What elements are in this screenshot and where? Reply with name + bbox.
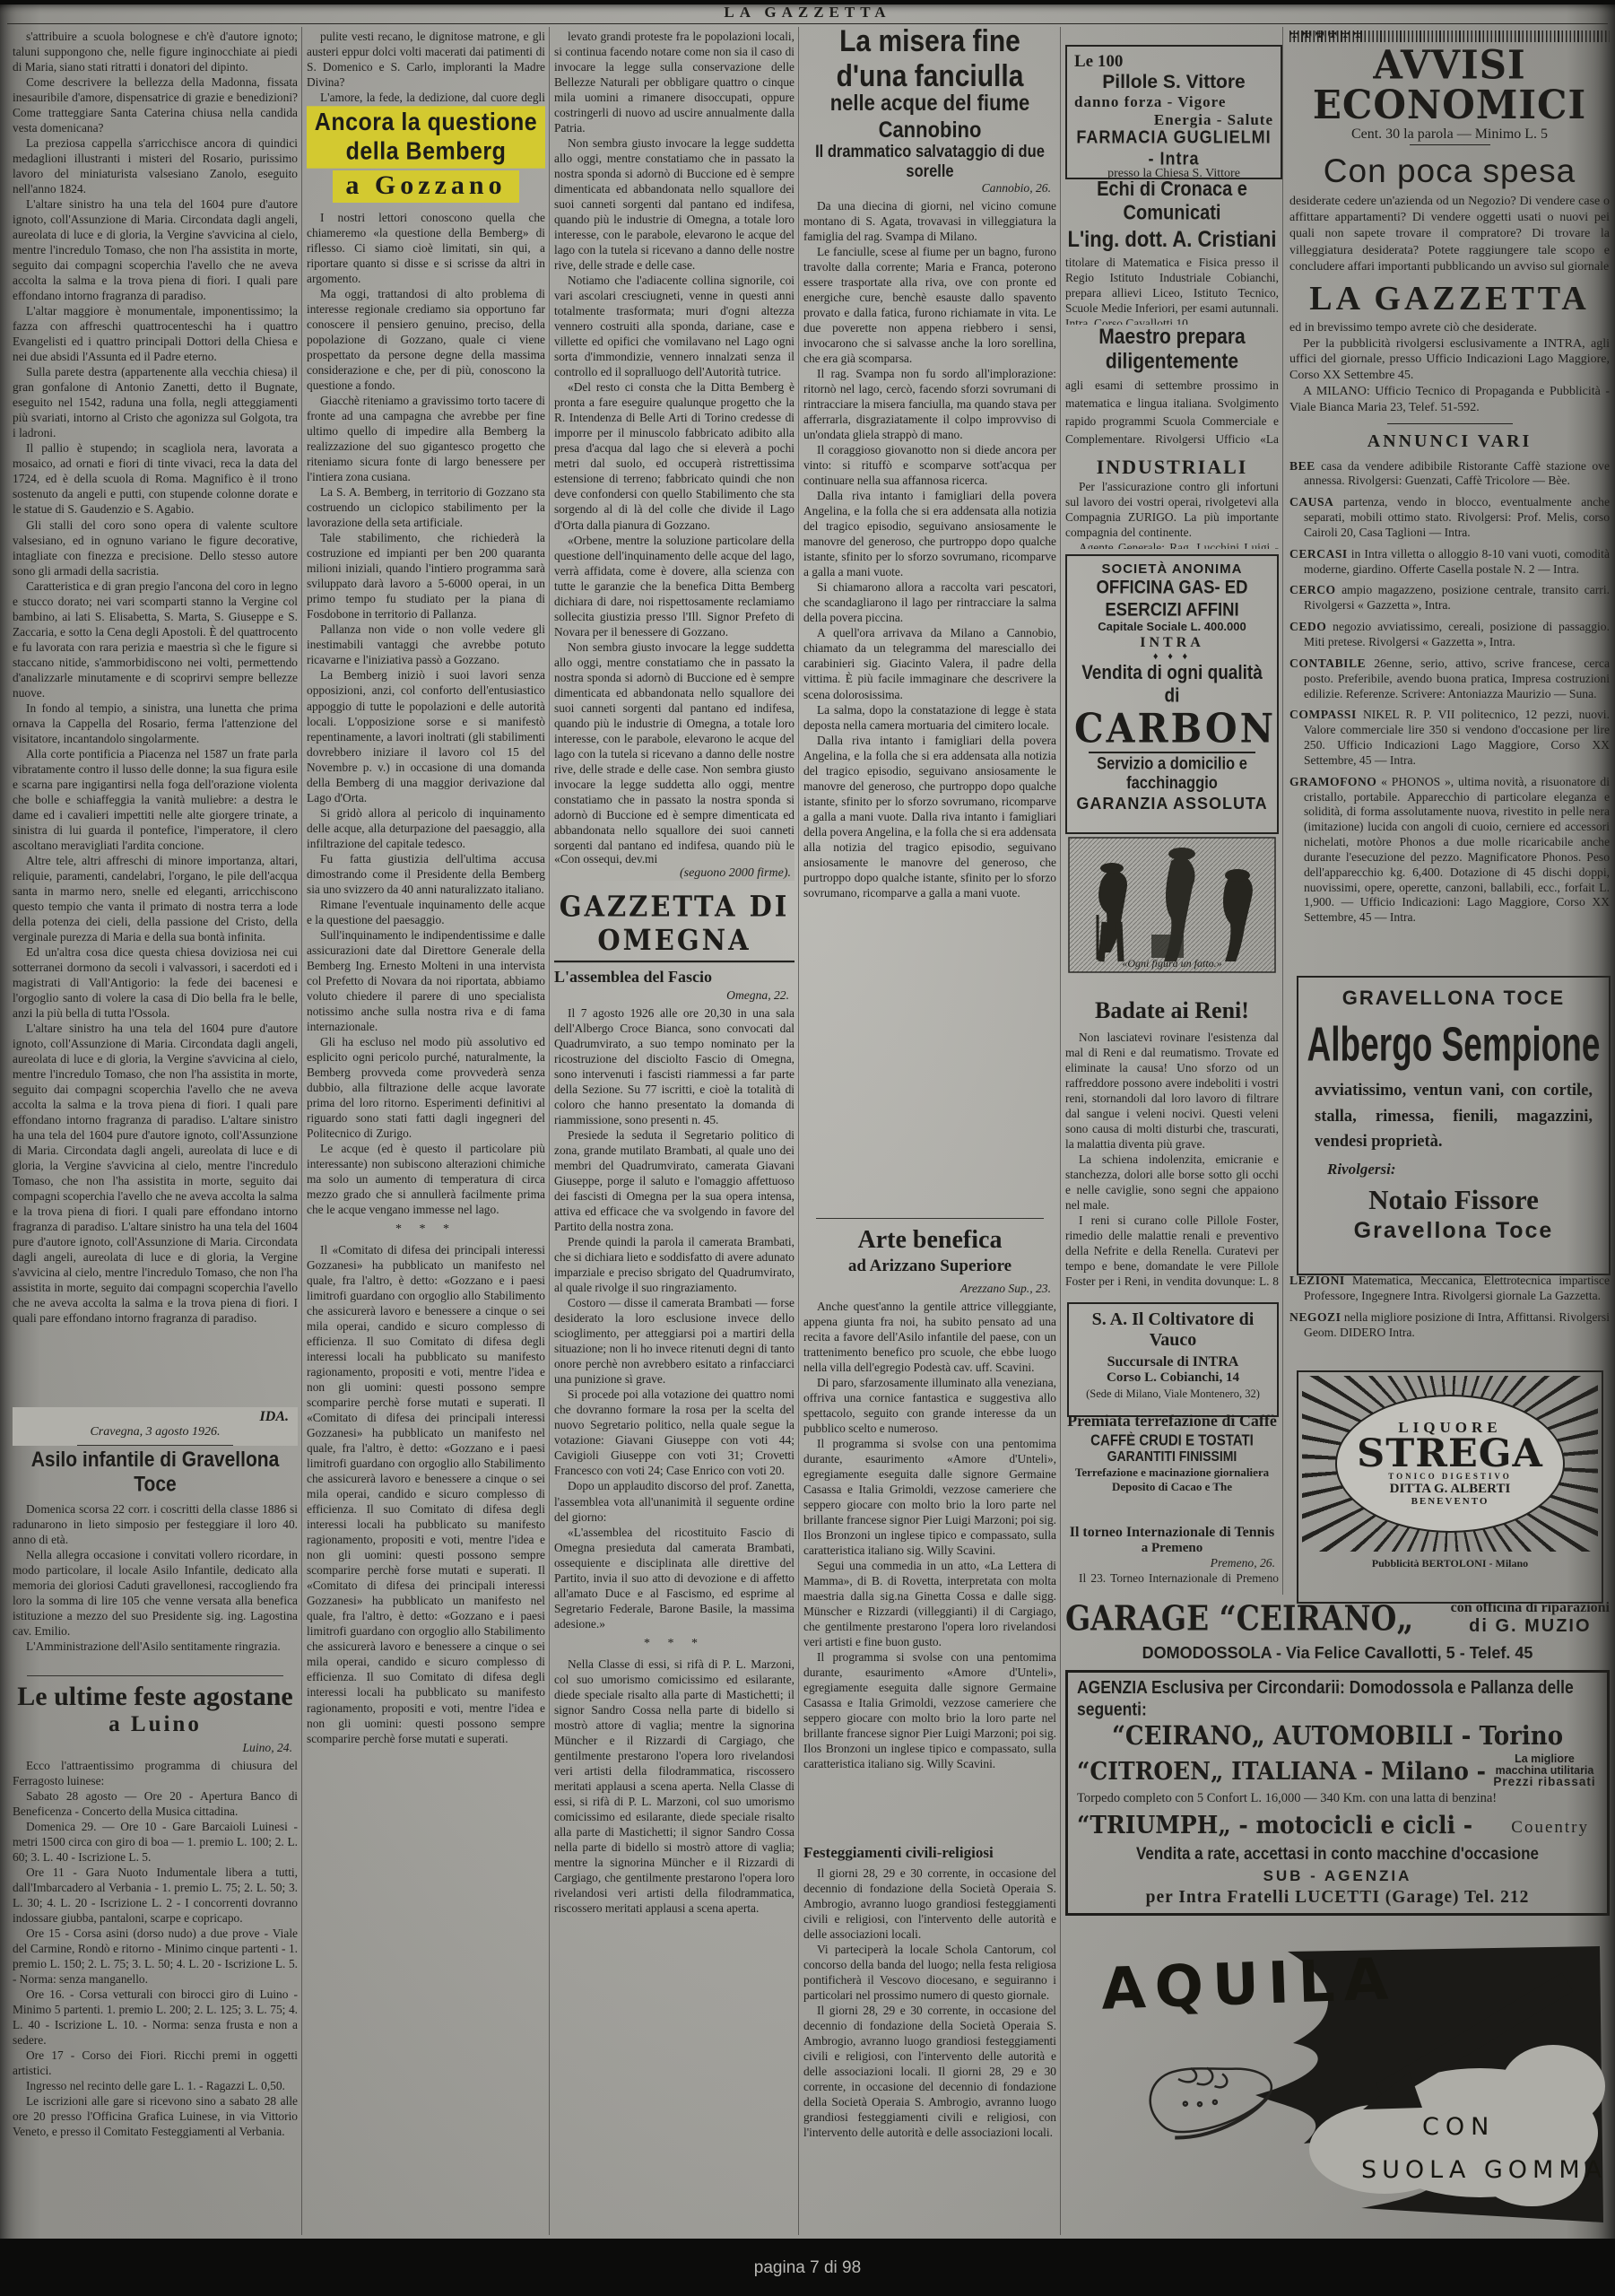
ad-line: GARANZIA ASSOLUTA [1074,795,1270,813]
article-paragraph: Ma oggi, trattandosi di alto problema di… [307,286,545,393]
column-rule [301,27,302,2235]
article-paragraph: Ore 11 - Gara Nuoto Indumentale libera a… [13,1865,298,1926]
article-headline: Le ultime feste agostane [13,1683,298,1710]
article-paragraph: La preziosa cappella s'arricchisce ancor… [13,135,298,196]
ad-title: Con poca spesa [1289,152,1610,190]
ad-body: Per l'assicurazione contro gli infortuni… [1065,479,1279,540]
article-subhead: Festeggiamenti civili-religiosi [803,1844,1056,1862]
ad-brand-citroen: “CITROEN„ ITALIANA - Milano - [1077,1756,1486,1785]
article-dateline: Cravegna, 3 agosto 1926. [13,1425,298,1439]
ad-company: DITTA G. ALBERTI [1390,1483,1511,1497]
article-arte-benefica: Arte benefica ad Arizzano Superiore Arez… [803,1218,1056,1840]
ad-line: danno forza - Vigore [1074,93,1273,111]
article-dateline: Luino, 24. [13,1741,292,1755]
article-filler: Nella Classe di essi, si rifà di P. L. M… [554,1657,794,1916]
article-bemberg-continuation: levato grandi proteste fra le popolazion… [554,29,794,881]
petition-ending: «Con ossequi, dev.mi (seguono 2000 firme… [554,850,794,881]
article-paragraph: Prende quindi la parola il camerata Bram… [554,1234,794,1295]
article-paragraph: Di paro, sfarzosamente illuminato alla v… [803,1375,1056,1436]
ad-line: Vendita di ogni qualità di [1074,663,1270,709]
ad-price-line: Torpedo completo con 5 Confort L. 16,000… [1077,1791,1598,1806]
article-paragraph: pulite vesti recano, le dignitose matron… [307,29,545,90]
article-paragraph: Come descrivere la bellezza della Madonn… [13,74,298,135]
ad-slogan: La migliore macchina utilitaria [1491,1753,1598,1776]
page-indicator: pagina 7 di 98 [0,2258,1615,2278]
ad-city-coventry: Couentry [1511,1818,1598,1838]
ad-title: Maestro prepara diligentemente [1065,328,1279,375]
ad-brand-ceirano: “CEIRANO„ AUTOMOBILI - Torino [1077,1722,1598,1752]
article-paragraph: La salma, dopo la constatazione di legge… [803,702,1056,733]
petition-close: «Con ossequi, dev.mi [554,852,794,866]
article-paragraph: «Del resto ci consta che la Ditta Bember… [554,379,794,532]
article-paragraph: Segui una commedia in un atto, «La Lette… [803,1558,1056,1649]
article-paragraph: Da una diecina di giorni, nel vicino com… [803,198,1056,244]
article-paragraph: «L'assemblea del ricostituito Fascio di … [554,1525,794,1631]
article-paragraph: levato grandi proteste fra le popolazion… [554,29,794,135]
classified-lead: COMPASSI [1289,708,1357,721]
article-paragraph: Le iscrizioni alle gare si ricevono sino… [13,2093,298,2139]
article-church-ending: IDA. Cravegna, 3 agosto 1926. [13,1407,298,1446]
illustration-caption: «Ogni figura un fatto.» [1065,957,1279,970]
article-signature: IDA. [13,1409,298,1425]
article-paragraph: Ore 17 - Corso dei Fiori. Ricchi premi i… [13,2048,298,2078]
article-paragraph: In fondo al tempio, a sinistra, una lune… [13,700,298,746]
ad-carbone: SOCIETÀ ANONIMA OFFICINA GAS- ED ESERCIZ… [1065,554,1279,834]
masthead-rule [7,23,1608,24]
column-rule [1282,27,1283,1595]
article-paragraph: Fu fatta giustizia dell'ultima accusa di… [307,851,545,897]
ad-line: con officina di riparazioni [1451,1600,1610,1616]
article-paragraph: s'attribuire a scuola bolognese e ch'è d… [13,29,298,74]
article-tennis-premeno: Il torneo Internazionale di Tennis a Pre… [1065,1525,1279,1595]
article-paragraph: Il rag. Svampa non fu sordo all'imploraz… [803,366,1056,442]
ad-owner: di G. MUZIO [1451,1616,1610,1637]
page-title: LA GAZZETTA [0,4,1615,22]
column-rule [549,27,550,2235]
ad-maestro: Maestro prepara diligentemente agli esam… [1065,328,1279,452]
article-paragraph: Si procede poi alla votazione dei quattr… [554,1387,794,1478]
ad-gazzetta-title: LA GAZZETTA [1289,279,1610,318]
article-paragraph: Le fanciulle, scese al fiume per un bagn… [803,244,1056,366]
classified-lead: CERCO [1289,583,1336,596]
classified-item: LEZIONI Matematica, Meccanica, Elettrote… [1289,1274,1610,1304]
ornament-crosses: ✠ ✠ ✠ ✠ ✠ ✠ [1289,30,1610,41]
section-break: * * * [554,1637,794,1651]
article-paragraph: Il giorni 28, 29 e 30 corrente, in occas… [803,1865,1056,1942]
article-paragraph: Anche quest'anno la gentile attrice vill… [803,1299,1056,1375]
classified-lead: CERCASI [1289,547,1348,561]
article-paragraph: Dopo un applaudito discorso del prof. Za… [554,1478,794,1524]
classified-lead: LEZIONI [1289,1274,1345,1287]
article-paragraph: Ed un'altra cosa dice questa chiesa dovi… [13,944,298,1021]
ad-body: Agente Generale: Rag. Lucchini Luigi - I… [1065,540,1279,549]
ad-line: Rivolgersi: [1306,1155,1602,1178]
ad-badate-ai-reni: Badate ai Reni! Non lasciatevi rovinare … [1065,997,1279,1299]
article-paragraph: L'Amministrazione dell'Asilo sentitament… [13,1639,298,1654]
article-paragraph: Nella allegra occasione i convitati voll… [13,1547,298,1639]
class-lezioni-negozi: LEZIONI Matematica, Meccanica, Elettrote… [1289,1274,1610,1370]
newspaper-page: LA GAZZETTA s'attribuire a scuola bologn… [0,0,1615,2296]
ad-product: CARBONE [1074,705,1270,752]
ad-company: S. A. Il Coltivatore di Vauco [1076,1309,1270,1351]
ad-line: Le 100 [1074,52,1273,72]
article-church: s'attribuire a scuola bolognese e ch'è d… [13,29,298,1446]
column-rule [1060,27,1061,2235]
article-headline: Arte benefica [803,1228,1056,1253]
ad-liquore-strega: LIQUORE STREGA TONICO DIGESTIVO DITTA G.… [1297,1370,1603,1604]
ad-coltivatore-vauco: S. A. Il Coltivatore di Vauco Succursale… [1067,1302,1279,1417]
ad-line: Deposito di Cacao e The [1065,1480,1279,1494]
ad-title: L'ing. dott. A. Cristiani [1065,228,1279,253]
article-subhead: L'assemblea del Fascio [554,968,794,987]
article-paragraph: La Bemberg iniziò i suoi lavori senza op… [307,667,545,804]
article-paragraph: Vi parteciperà la locale Schola Cantorum… [803,1942,1056,2003]
illustration-men-backache [1065,836,1279,976]
article-paragraph: Il programma si svolse con una pentomima… [803,1436,1056,1558]
aquila-text-con: CON [1422,2113,1495,2141]
classified-item: COMPASSI NIKEL R. P. VII politecnico, 12… [1289,708,1610,768]
article-paragraph: Presiede la seduta il Segretario politic… [554,1127,794,1234]
ad-line: (Sede di Milano, Viale Montenero, 32) [1076,1387,1270,1401]
classified-item: CERCO ampio magazzeno, posizione central… [1289,583,1610,613]
article-paragraph: Ecco l'attraentissimo programma di chius… [13,1758,298,1788]
ad-title: INDUSTRIALI [1065,456,1279,479]
article-filler: Dalla riva intanto i famigliari della po… [803,733,1056,900]
ad-product: Pillole S. Vittore [1074,72,1273,93]
article-fanciulla: La misera fine d'una fanciulla nelle acq… [803,29,1056,1214]
ad-address: DOMODOSSOLA - Via Felice Cavallotti, 5 -… [1065,1644,1610,1663]
article-paragraph: «Orbene, mentre la soluzione particolare… [554,533,794,639]
section-title: GAZZETTA DI OMEGNA [554,884,794,962]
diamond-ornament: ♦ ♦ ♦ [1074,651,1270,662]
ad-city: INTRA [1074,635,1270,651]
ad-line: Capitale Sociale L. 400.000 [1074,620,1270,633]
article-filler: Il giorni 28, 29 e 30 corrente, in occas… [803,2003,1056,2140]
article-dateline: Arezzano Sup., 23. [803,1282,1051,1296]
ad-advertiser: FARMACIA GUGLIELMI - Intra [1074,126,1273,170]
classified-lead: CEDO [1289,620,1326,633]
ad-contact: per Intra Fratelli LUCETTI (Garage) Tel.… [1077,1888,1598,1908]
article-feste-luino: Le ultime feste agostane a Luino Luino, … [13,1675,298,2235]
classified-item: GRAMOFONO « PHONOS », ultima novità, a r… [1289,775,1610,926]
ad-body: titolare di Matematica e Fisica presso i… [1065,255,1279,325]
article-headline: Asilo infantile di Gravellona Toce [13,1451,298,1498]
ad-caffe: Premiata terrefazione di Caffè CAFFÈ CRU… [1065,1412,1279,1521]
article-paragraph: Caratteristica e di gran pregio l'ancona… [13,578,298,700]
article-dateline: Cannobio, 26. [803,181,1051,196]
article-paragraph: Non sembra giusto invocare la legge sudd… [554,135,794,273]
article-paragraph: I reni si curano colle Pillole Foster, r… [1065,1213,1279,1290]
article-paragraph: Non lasciatevi rovinare l'esistenza dal … [1065,1030,1279,1152]
article-paragraph: Il 7 agosto 1926 alle ore 20,30 in una s… [554,1005,794,1127]
article-paragraph: Si chiamarono allora a raccolta vari pes… [803,579,1056,625]
ad-city: BENEVENTO [1411,1497,1489,1508]
classified-lead: BEE [1289,459,1315,473]
ad-industriali: INDUSTRIALI Per l'assicurazione contro g… [1065,456,1279,549]
section-title: Echi di Cronaca e Comunicati [1065,181,1279,222]
ad-body: ed in brevissimo tempo avrete ciò che de… [1289,320,1610,336]
ad-line: Servizio a domicilio e facchinaggio [1074,754,1270,794]
classified-item: NEGOZI nella migliore posizione di Intra… [1289,1310,1610,1341]
classified-item: CEDO negozio avviatissimo, cereali, posi… [1289,620,1610,650]
highlighted-headline-2: a Gozzano [333,170,518,203]
article-paragraph: Le acque (ed è questo il particolare più… [307,1141,545,1217]
ad-body: agli esami di settembre prossimo in mate… [1065,377,1279,452]
ad-product: STREGA [1357,1436,1543,1473]
article-paragraph: Ore 15 - Corsa asini (dorso nudo) a due … [13,1926,298,1987]
ad-pillole-s-vittore: Le 100 Pillole S. Vittore danno forza - … [1065,45,1282,179]
petition-signatures: (seguono 2000 firme). [554,866,794,881]
strega-oval: LIQUORE STREGA TONICO DIGESTIVO DITTA G.… [1335,1395,1565,1533]
article-paragraph: A quell'ora arrivava da Milano a Cannobi… [803,625,1056,701]
strega-sunburst: LIQUORE STREGA TONICO DIGESTIVO DITTA G.… [1302,1376,1598,1552]
article-asilo-infantile: Asilo infantile di Gravellona Toce Domen… [13,1451,298,1672]
ad-line: Succursale di INTRA [1076,1354,1270,1370]
classified-list: LEZIONI Matematica, Meccanica, Elettrote… [1289,1274,1610,1340]
article-festeggiamenti: Festeggiamenti civili-religiosi Il giorn… [803,1844,1056,2235]
article-paragraph: Il coraggioso giovanotto non si diede an… [803,442,1056,488]
article-headline-2: nelle acque del fiume Cannobino [803,90,1056,143]
article-filler: L'altare sinistro ha una tela del 1604 p… [13,1021,298,1326]
section-gazzetta-omegna: GAZZETTA DI OMEGNA L'assemblea del Fasci… [554,884,794,2235]
article-filler: Il programma si svolse con una pentomima… [803,1649,1056,1771]
section-break: * * * [307,1222,545,1237]
section-avvisi-economici: ✠ ✠ ✠ ✠ ✠ ✠ AVVISI ECONOMICI Cent. 30 la… [1289,30,1610,981]
ad-body: avviatissimo, ventun vani, con cortile, … [1306,1078,1602,1155]
article-paragraph: Rimane l'eventuale inquinamento delle ac… [307,897,545,927]
article-paragraph: Tale stabilimento, che richiederà la cos… [307,530,545,622]
article-paragraph: Costoro — disse il camerata Brambati — f… [554,1295,794,1387]
ad-line: Corso L. Cobianchi, 14 [1076,1370,1270,1386]
ad-line: Vendita a rate, accettasi in conto macch… [1077,1843,1598,1864]
article-headline-2: a Premeno [1065,1541,1279,1556]
article-paragraph: Pallanza non vide o non volle vedere gli… [307,622,545,667]
article-paragraph: Sulla parete destra (appartenente alla v… [13,364,298,440]
article-bemberg: Ancora la questione della Bemberg a Gozz… [307,106,545,2235]
ad-line: AGENZIA Esclusiva per Circondarii: Domod… [1077,1677,1598,1720]
article-paragraph: Giacchè riteniamo a gravissimo torto tac… [307,393,545,484]
article-paragraph: L'altare sinistro ha una tela del 1604 p… [13,196,298,303]
ad-title: Badate ai Reni! [1065,997,1279,1024]
ad-brand-triumph: “TRIUMPH„ - motocicli e cicli - [1077,1810,1472,1839]
article-paragraph: Ore 16. - Corsa vetturali con birocci gi… [13,1987,298,2048]
ad-title: Premiata terrefazione di Caffè [1065,1412,1279,1431]
ad-place: GRAVELLONA TOCE [1306,987,1602,1010]
article-paragraph: L'altar maggiore è monumentale, imponent… [13,303,298,364]
classified-lead: NEGOZI [1289,1310,1341,1324]
classified-item: CERCASI in Intra villetta o alloggio 8-1… [1289,547,1610,578]
article-paragraph: Sabato 28 agosto — Ore 20 - Apertura Ban… [13,1788,298,1819]
ad-city: Gravellona Toce [1306,1218,1602,1244]
article-church-continuation: pulite vesti recano, le dignitose matron… [307,29,545,104]
ad-subagency: SUB - AGENZIA [1077,1867,1598,1885]
section-title: AVVISI ECONOMICI [1289,46,1610,125]
article-paragraph: Domenica scorsa 22 corr. i coscritti del… [13,1501,298,1547]
aquila-text-suola: SUOLA GOMMA [1361,2156,1607,2184]
classified-item: CONTABILE 26enne, serio, attivo, scrive … [1289,657,1610,702]
article-paragraph: Sull'inquinamento le indipendentissime e… [307,927,545,1034]
ad-hotel-name: Albergo Sempione [1306,1018,1602,1073]
classified-item: CAUSA partenza, vendo in blocco, eventua… [1289,495,1610,541]
ad-body: Per la pubblicità rivolgersi esclusivame… [1289,336,1610,384]
aquila-brand: AQUILA [1100,1946,1398,2022]
classified-item: BEE casa da vendere adibibile Ristorante… [1289,459,1610,490]
article-paragraph: Alla corte pontificia a Piacenza nel 158… [13,746,298,853]
article-headline-2: a Luino [13,1712,298,1737]
article-headline: La misera fine d'una fanciulla [803,29,1056,94]
ad-slogan-2: Prezzi ribassati [1491,1776,1598,1788]
classified-list: BEE casa da vendere adibibile Ristorante… [1289,459,1610,926]
article-paragraph: Dalla riva intanto i famigliari della po… [803,488,1056,579]
ad-body: desiderate cedere un'azienda od un Negoz… [1289,194,1610,275]
article-paragraph: L'amore, la fede, la dedizione, dal cuor… [307,90,545,104]
ad-company: OFFICINA GAS- ED ESERCIZI AFFINI [1074,576,1270,622]
article-paragraph: Altre tele, altri affreschi di minore im… [13,853,298,944]
article-filler: Non sembra giusto invocare la legge sudd… [554,639,794,881]
ad-aquila-shoes: CON SUOLA GOMMA AQUILA [1065,1943,1610,2235]
article-paragraph: Notiamo che l'adiacente collina signoril… [554,273,794,379]
ad-garage-title: GARAGE “CEIRANO„ [1065,1598,1413,1639]
article-paragraph: La S. A. Bemberg, in territorio di Gozza… [307,484,545,530]
ad-line: SOCIETÀ ANONIMA [1074,561,1270,577]
ad-body: A MILANO: Ufficio Tecnico di Propaganda … [1289,384,1610,416]
ornament-border: ✠ ✠ ✠ ✠ ✠ ✠ [1289,30,1610,42]
classified-lead: CONTABILE [1289,657,1366,670]
ad-albergo-sempione: GRAVELLONA TOCE Albergo Sempione avviati… [1297,976,1611,1275]
ad-line: GARANTITI FINISSIMI [1065,1448,1279,1464]
article-headline: Il torneo Internazionale di Tennis [1065,1525,1279,1541]
classifieds-title: ANNUNCI VARI [1289,431,1610,452]
article-paragraph: Il 23. Torneo Internazionale di Premeno … [1065,1570,1279,1588]
section-echi-di-cronaca: Echi di Cronaca e Comunicati [1065,181,1279,222]
article-paragraph: Domenica 29. — Ore 10 - Gare Barcaioli L… [13,1819,298,1865]
ad-line: Terrefazione e macinazione giornaliera [1065,1465,1279,1480]
article-paragraph: Gli ha escluso nel modo più assolutivo e… [307,1034,545,1141]
article-dateline: Omegna, 22. [554,988,789,1003]
ad-caption: Pubblicità BERTOLONI - Milano [1302,1557,1598,1570]
ad-cristiani: L'ing. dott. A. Cristiani titolare di Ma… [1065,228,1279,325]
article-paragraph: I nostri lettori conoscono quella che ch… [307,210,545,286]
ad-reni-illustration: «Ogni figura un fatto.» [1065,836,1279,994]
article-filler: Il «Comitato di difesa dei principali in… [307,1242,545,1746]
article-headline-2: ad Arizzano Superiore [803,1257,1056,1276]
ad-notary-name: Notaio Fissore [1306,1184,1602,1216]
article-headline-3: Il drammatico salvataggio di due sorelle [803,143,1056,182]
article-paragraph: Si gridò allora al pericolo di inquiname… [307,805,545,851]
classified-lead: CAUSA [1289,495,1333,509]
ad-garage-ceirano: GARAGE “CEIRANO„ con officina di riparaz… [1065,1598,1610,1939]
classified-lead: GRAMOFONO [1289,775,1376,788]
section-tariff: Cent. 30 la parola — Minimo L. 5 [1289,126,1610,143]
ad-line: TONICO DIGESTIVO [1388,1473,1511,1481]
article-paragraph: Il pallio è stupendo; in scagliola nera,… [13,440,298,517]
article-dateline: Premeno, 26. [1065,1556,1275,1570]
article-paragraph: Gli stalli del coro sono opera di valent… [13,517,298,578]
article-paragraph: Ingresso nel recinto delle gare L. 1. - … [13,2078,298,2093]
column-rule [798,27,799,2235]
article-paragraph: La schiena indolenzita, emicranie e stan… [1065,1152,1279,1213]
highlighted-headline: Ancora la questione della Bemberg [307,106,545,168]
